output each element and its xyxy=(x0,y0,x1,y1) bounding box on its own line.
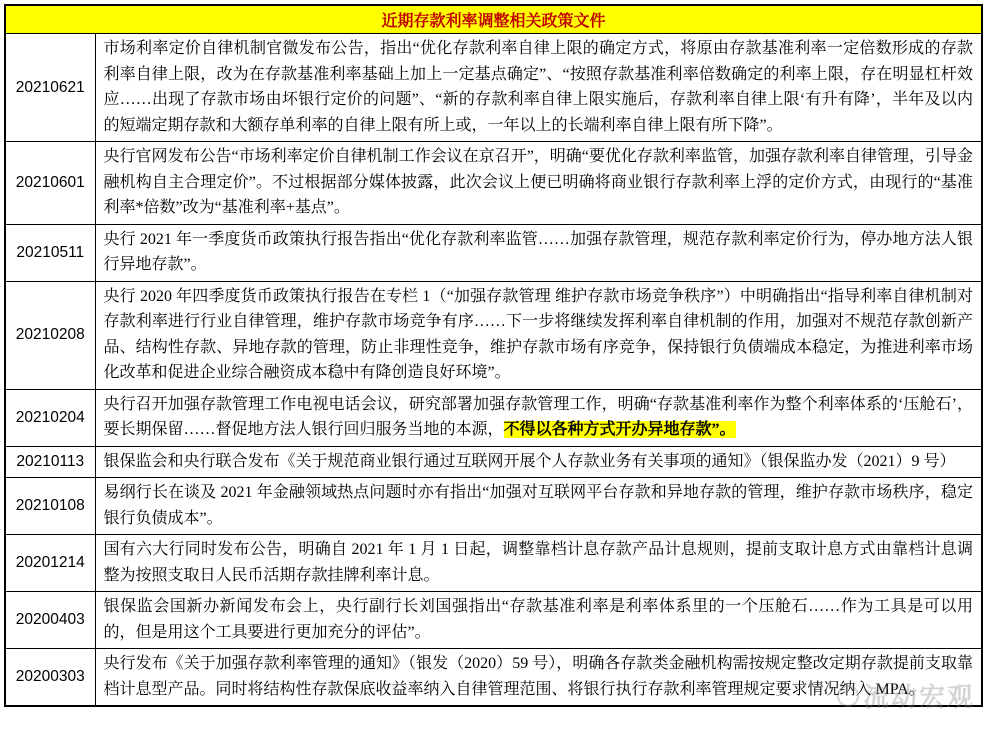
table-title: 近期存款利率调整相关政策文件 xyxy=(5,5,982,34)
policy-text-cell: 央行召开加强存款管理工作电视电话会议，研究部署加强存款管理工作，明确“存款基准利… xyxy=(95,389,982,446)
table-row: 20200303 央行发布《关于加强存款利率管理的通知》（银发（2020）59 … xyxy=(5,649,982,707)
table-row: 20210511 央行 2021 年一季度货币政策执行报告指出“优化存款利率监管… xyxy=(5,224,982,281)
date-cell: 20210204 xyxy=(5,389,95,446)
page: 近期存款利率调整相关政策文件 20210621 市场利率定价自律机制官微发布公告… xyxy=(0,0,987,742)
table-row: 20210204 央行召开加强存款管理工作电视电话会议，研究部署加强存款管理工作… xyxy=(5,389,982,446)
table-row: 20210621 市场利率定价自律机制官微发布公告，指出“优化存款利率自律上限的… xyxy=(5,34,982,142)
policy-text-cell: 央行 2020 年四季度货币政策执行报告在专栏 1（“加强存款管理 维护存款市场… xyxy=(95,281,982,389)
policy-text-cell: 银保监会国新办新闻发布会上，央行副行长刘国强指出“存款基准利率是利率体系里的一个… xyxy=(95,592,982,649)
policy-text: 央行发布《关于加强存款利率管理的通知》（银发（2020）59 号），明确各存款类… xyxy=(104,655,974,698)
policy-text-cell: 央行发布《关于加强存款利率管理的通知》（银发（2020）59 号），明确各存款类… xyxy=(95,649,982,707)
policy-text: 央行官网发布公告“市场利率定价自律机制工作会议在京召开”，明确“要优化存款利率监… xyxy=(104,148,974,216)
policy-text: 银保监会和央行联合发布《关于规范商业银行通过互联网开展个人存款业务有关事项的通知… xyxy=(104,453,956,470)
policy-text: 银保监会国新办新闻发布会上，央行副行长刘国强指出“存款基准利率是利率体系里的一个… xyxy=(104,598,974,641)
table-row: 20201214 国有六大行同时发布公告，明确自 2021 年 1 月 1 日起… xyxy=(5,535,982,592)
policy-text-cell: 市场利率定价自律机制官微发布公告，指出“优化存款利率自律上限的确定方式，将原由存… xyxy=(95,34,982,142)
policy-text: 易纲行长在谈及 2021 年金融领域热点问题时亦有指出“加强对互联网平台存款和异… xyxy=(104,484,974,527)
table-row: 20210108 易纲行长在谈及 2021 年金融领域热点问题时亦有指出“加强对… xyxy=(5,478,982,535)
policy-text: 国有六大行同时发布公告，明确自 2021 年 1 月 1 日起，调整靠档计息存款… xyxy=(104,541,974,584)
table-row: 20210113 银保监会和央行联合发布《关于规范商业银行通过互联网开展个人存款… xyxy=(5,446,982,478)
policy-text-cell: 国有六大行同时发布公告，明确自 2021 年 1 月 1 日起，调整靠档计息存款… xyxy=(95,535,982,592)
policy-text-cell: 央行 2021 年一季度货币政策执行报告指出“优化存款利率监管……加强存款管理，… xyxy=(95,224,982,281)
policy-text: 央行 2020 年四季度货币政策执行报告在专栏 1（“加强存款管理 维护存款市场… xyxy=(104,288,974,382)
date-cell: 20200403 xyxy=(5,592,95,649)
date-cell: 20210108 xyxy=(5,478,95,535)
policy-text-cell: 央行官网发布公告“市场利率定价自律机制工作会议在京召开”，明确“要优化存款利率监… xyxy=(95,142,982,225)
policy-text-cell: 易纲行长在谈及 2021 年金融领域热点问题时亦有指出“加强对互联网平台存款和异… xyxy=(95,478,982,535)
date-cell: 20201214 xyxy=(5,535,95,592)
table-row: 20200403 银保监会国新办新闻发布会上，央行副行长刘国强指出“存款基准利率… xyxy=(5,592,982,649)
date-cell: 20210511 xyxy=(5,224,95,281)
table-row: 20210208 央行 2020 年四季度货币政策执行报告在专栏 1（“加强存款… xyxy=(5,281,982,389)
policy-text: 市场利率定价自律机制官微发布公告，指出“优化存款利率自律上限的确定方式，将原由存… xyxy=(104,40,974,134)
table-title-row: 近期存款利率调整相关政策文件 xyxy=(5,5,982,34)
highlighted-text: 不得以各种方式开办异地存款”。 xyxy=(504,421,736,438)
date-cell: 20210621 xyxy=(5,34,95,142)
table-row: 20210601 央行官网发布公告“市场利率定价自律机制工作会议在京召开”，明确… xyxy=(5,142,982,225)
policy-text-cell: 银保监会和央行联合发布《关于规范商业银行通过互联网开展个人存款业务有关事项的通知… xyxy=(95,446,982,478)
policy-text: 央行 2021 年一季度货币政策执行报告指出“优化存款利率监管……加强存款管理，… xyxy=(104,231,974,274)
date-cell: 20200303 xyxy=(5,649,95,707)
policy-table: 近期存款利率调整相关政策文件 20210621 市场利率定价自律机制官微发布公告… xyxy=(4,4,983,707)
date-cell: 20210113 xyxy=(5,446,95,478)
date-cell: 20210601 xyxy=(5,142,95,225)
date-cell: 20210208 xyxy=(5,281,95,389)
